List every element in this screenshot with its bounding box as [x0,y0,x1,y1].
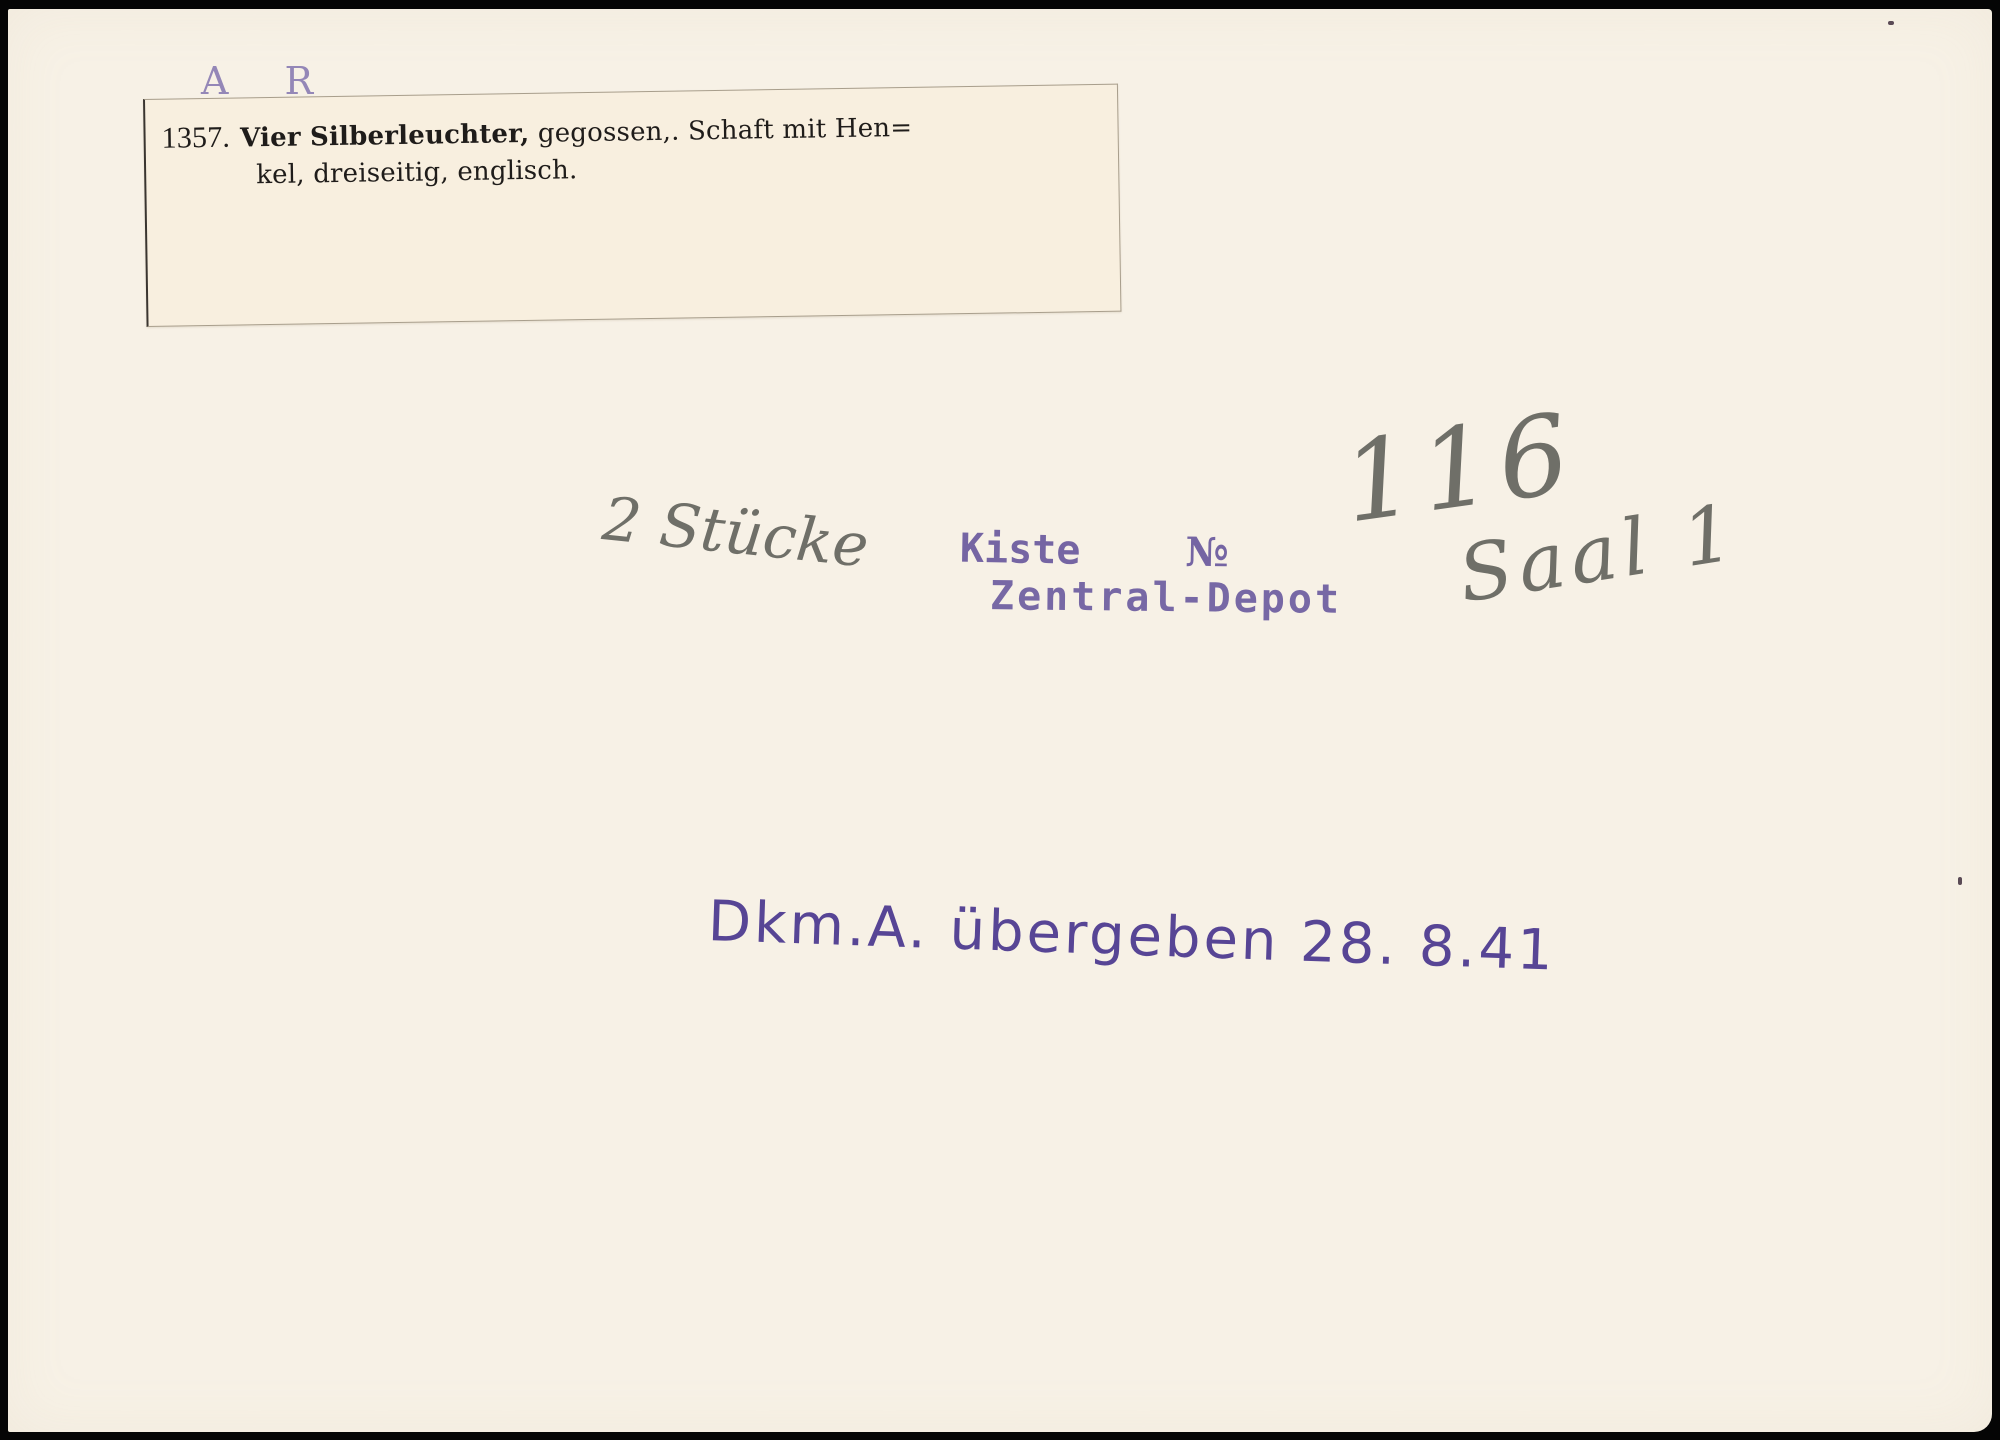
lot-description-2: kel, dreiseitig, englisch. [256,155,578,190]
number-sign: № [1185,529,1229,577]
photo-card-back: A R 1357.Vier Silberleuchter, gegossen,.… [8,9,1992,1432]
lot-title: Vier Silberleuchter, [240,119,530,154]
transfer-date-stamp: Dkm.A. übergeben 28. 8.41 [707,889,1557,984]
depot-stamp: Zentral-Depot [990,573,1343,623]
catalog-line-1: 1357.Vier Silberleuchter, gegossen,. Sch… [161,110,912,156]
box-stamp-label: Kiste [960,526,1081,574]
box-stamp: Kiste№ [960,525,1230,577]
handwritten-piece-count: 2 Stücke [599,484,871,581]
catalog-clipping: 1357.Vier Silberleuchter, gegossen,. Sch… [143,84,1121,327]
lot-number: 1357. [161,121,230,155]
ink-speck [1958,877,1962,885]
ink-speck [1888,21,1894,25]
lot-description-1: gegossen,. Schaft mit Hen= [538,113,913,149]
